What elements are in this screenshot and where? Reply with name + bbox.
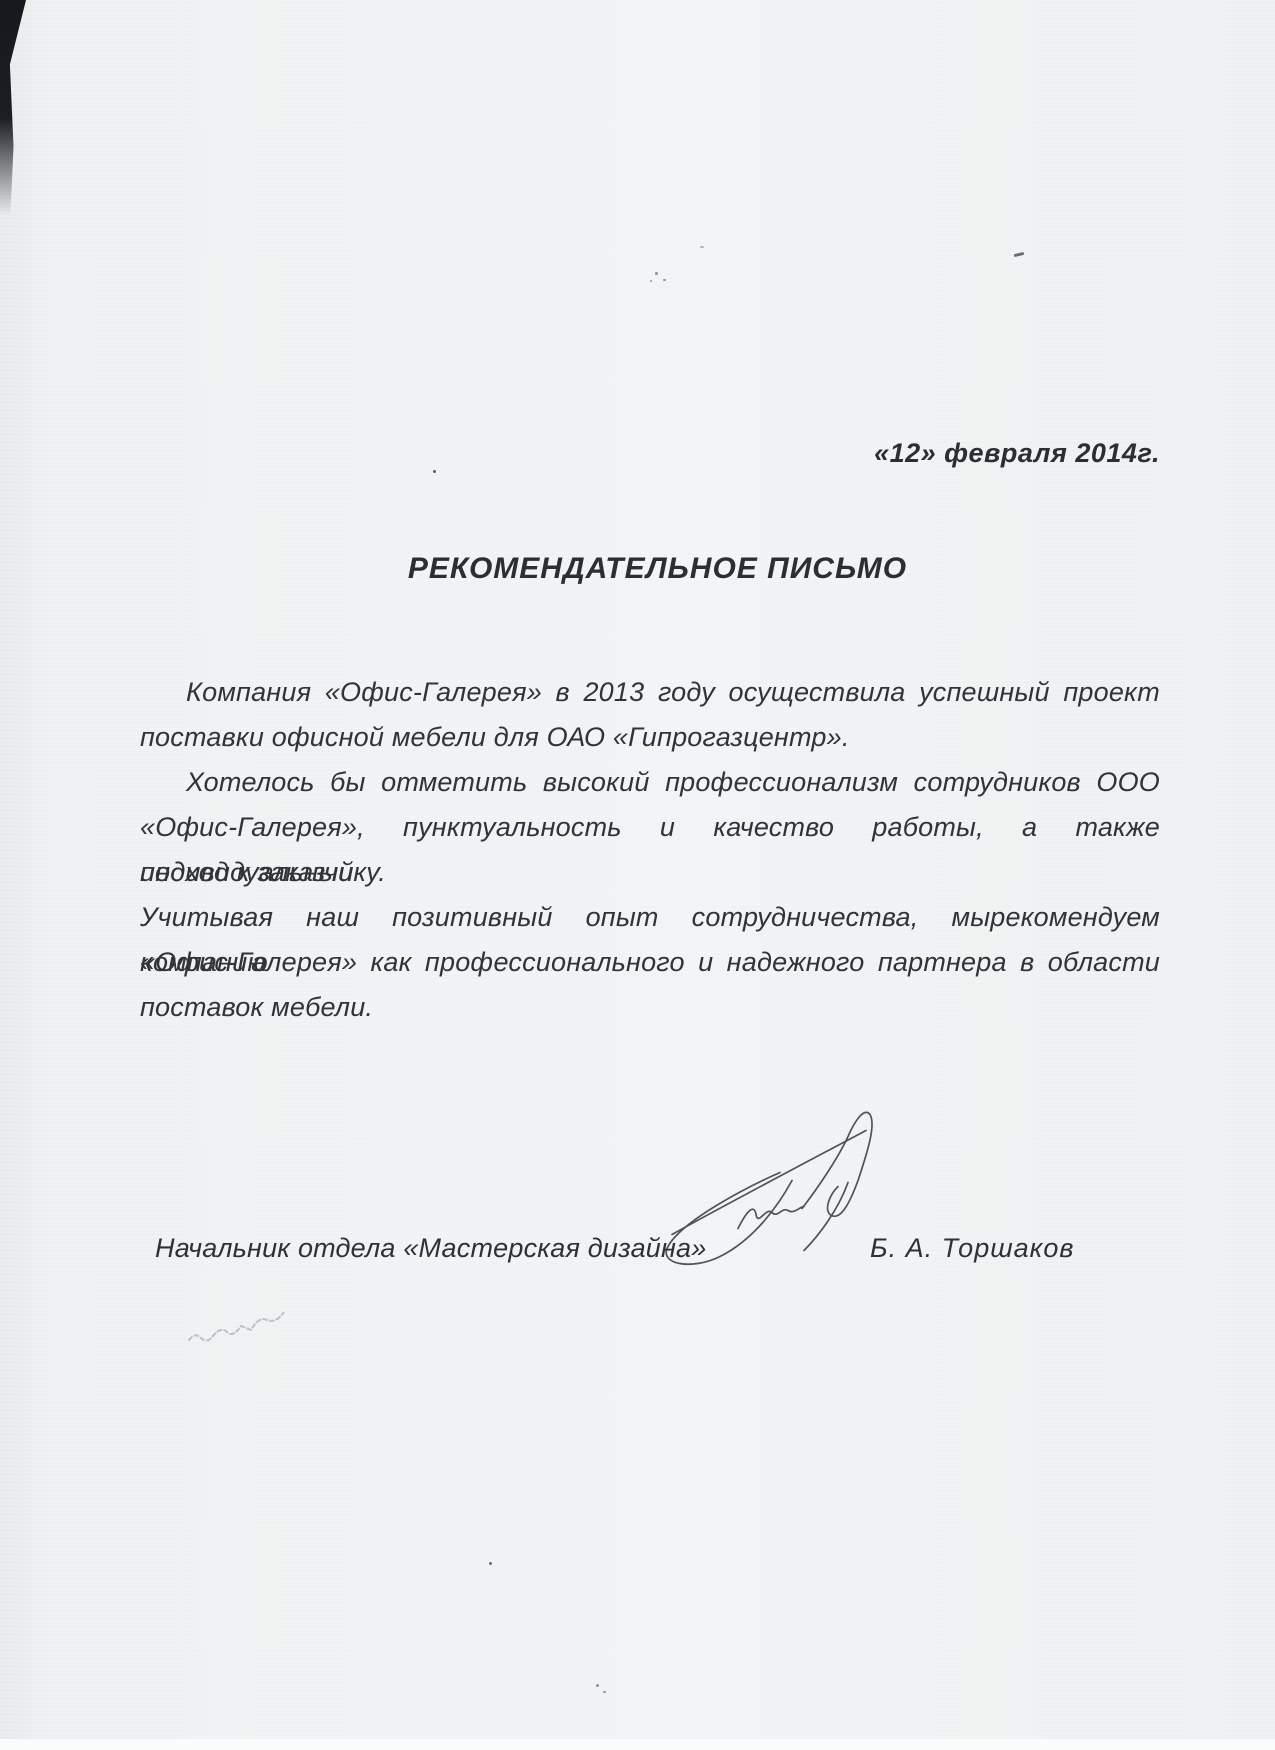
para-2-line-3: подход к заказчику. [140, 850, 1160, 895]
scan-speck [700, 246, 704, 248]
date-line: «12» февраля 2014г. [874, 438, 1160, 469]
para-3-line-3: поставок мебели. [140, 985, 1160, 1030]
page-title: РЕКОМЕНДАТЕЛЬНОЕ ПИСЬМО [40, 552, 1275, 586]
scan-speck [650, 280, 652, 282]
scan-speck [603, 1691, 606, 1693]
pencil-smudge [183, 1312, 303, 1348]
para-1-line-2: поставки офисной мебели для ОАО «Гипрога… [140, 715, 1160, 760]
scan-speck [596, 1684, 599, 1687]
para-2-line-2: «Офис-Галерея», пунктуальность и качеств… [140, 805, 1160, 850]
letter-body: Компания «Офис-Галерея» в 2013 году осущ… [140, 670, 1160, 1030]
signature-role: Начальник отдела «Мастерская дизайна» [155, 1233, 707, 1264]
para-1-line-1: Компания «Офис-Галерея» в 2013 году осущ… [140, 670, 1160, 715]
scan-speck [489, 1562, 492, 1565]
para-3-line-1: Учитывая наш позитивный опыт сотрудничес… [140, 895, 1160, 940]
para-2-line-1: Хотелось бы отметить высокий профессиона… [140, 760, 1160, 805]
signature-name: Б. А. Торшаков [870, 1233, 1075, 1264]
scanned-letter-page: { "document": { "date_line": "«12» февра… [0, 0, 1275, 1750]
scan-bottom-strip [0, 1739, 1275, 1750]
scan-speck [433, 470, 436, 473]
scan-speck [655, 272, 658, 275]
para-3-line-2: «Офис-Галерея» как профессионального и н… [140, 940, 1160, 985]
scan-speck [663, 279, 666, 281]
